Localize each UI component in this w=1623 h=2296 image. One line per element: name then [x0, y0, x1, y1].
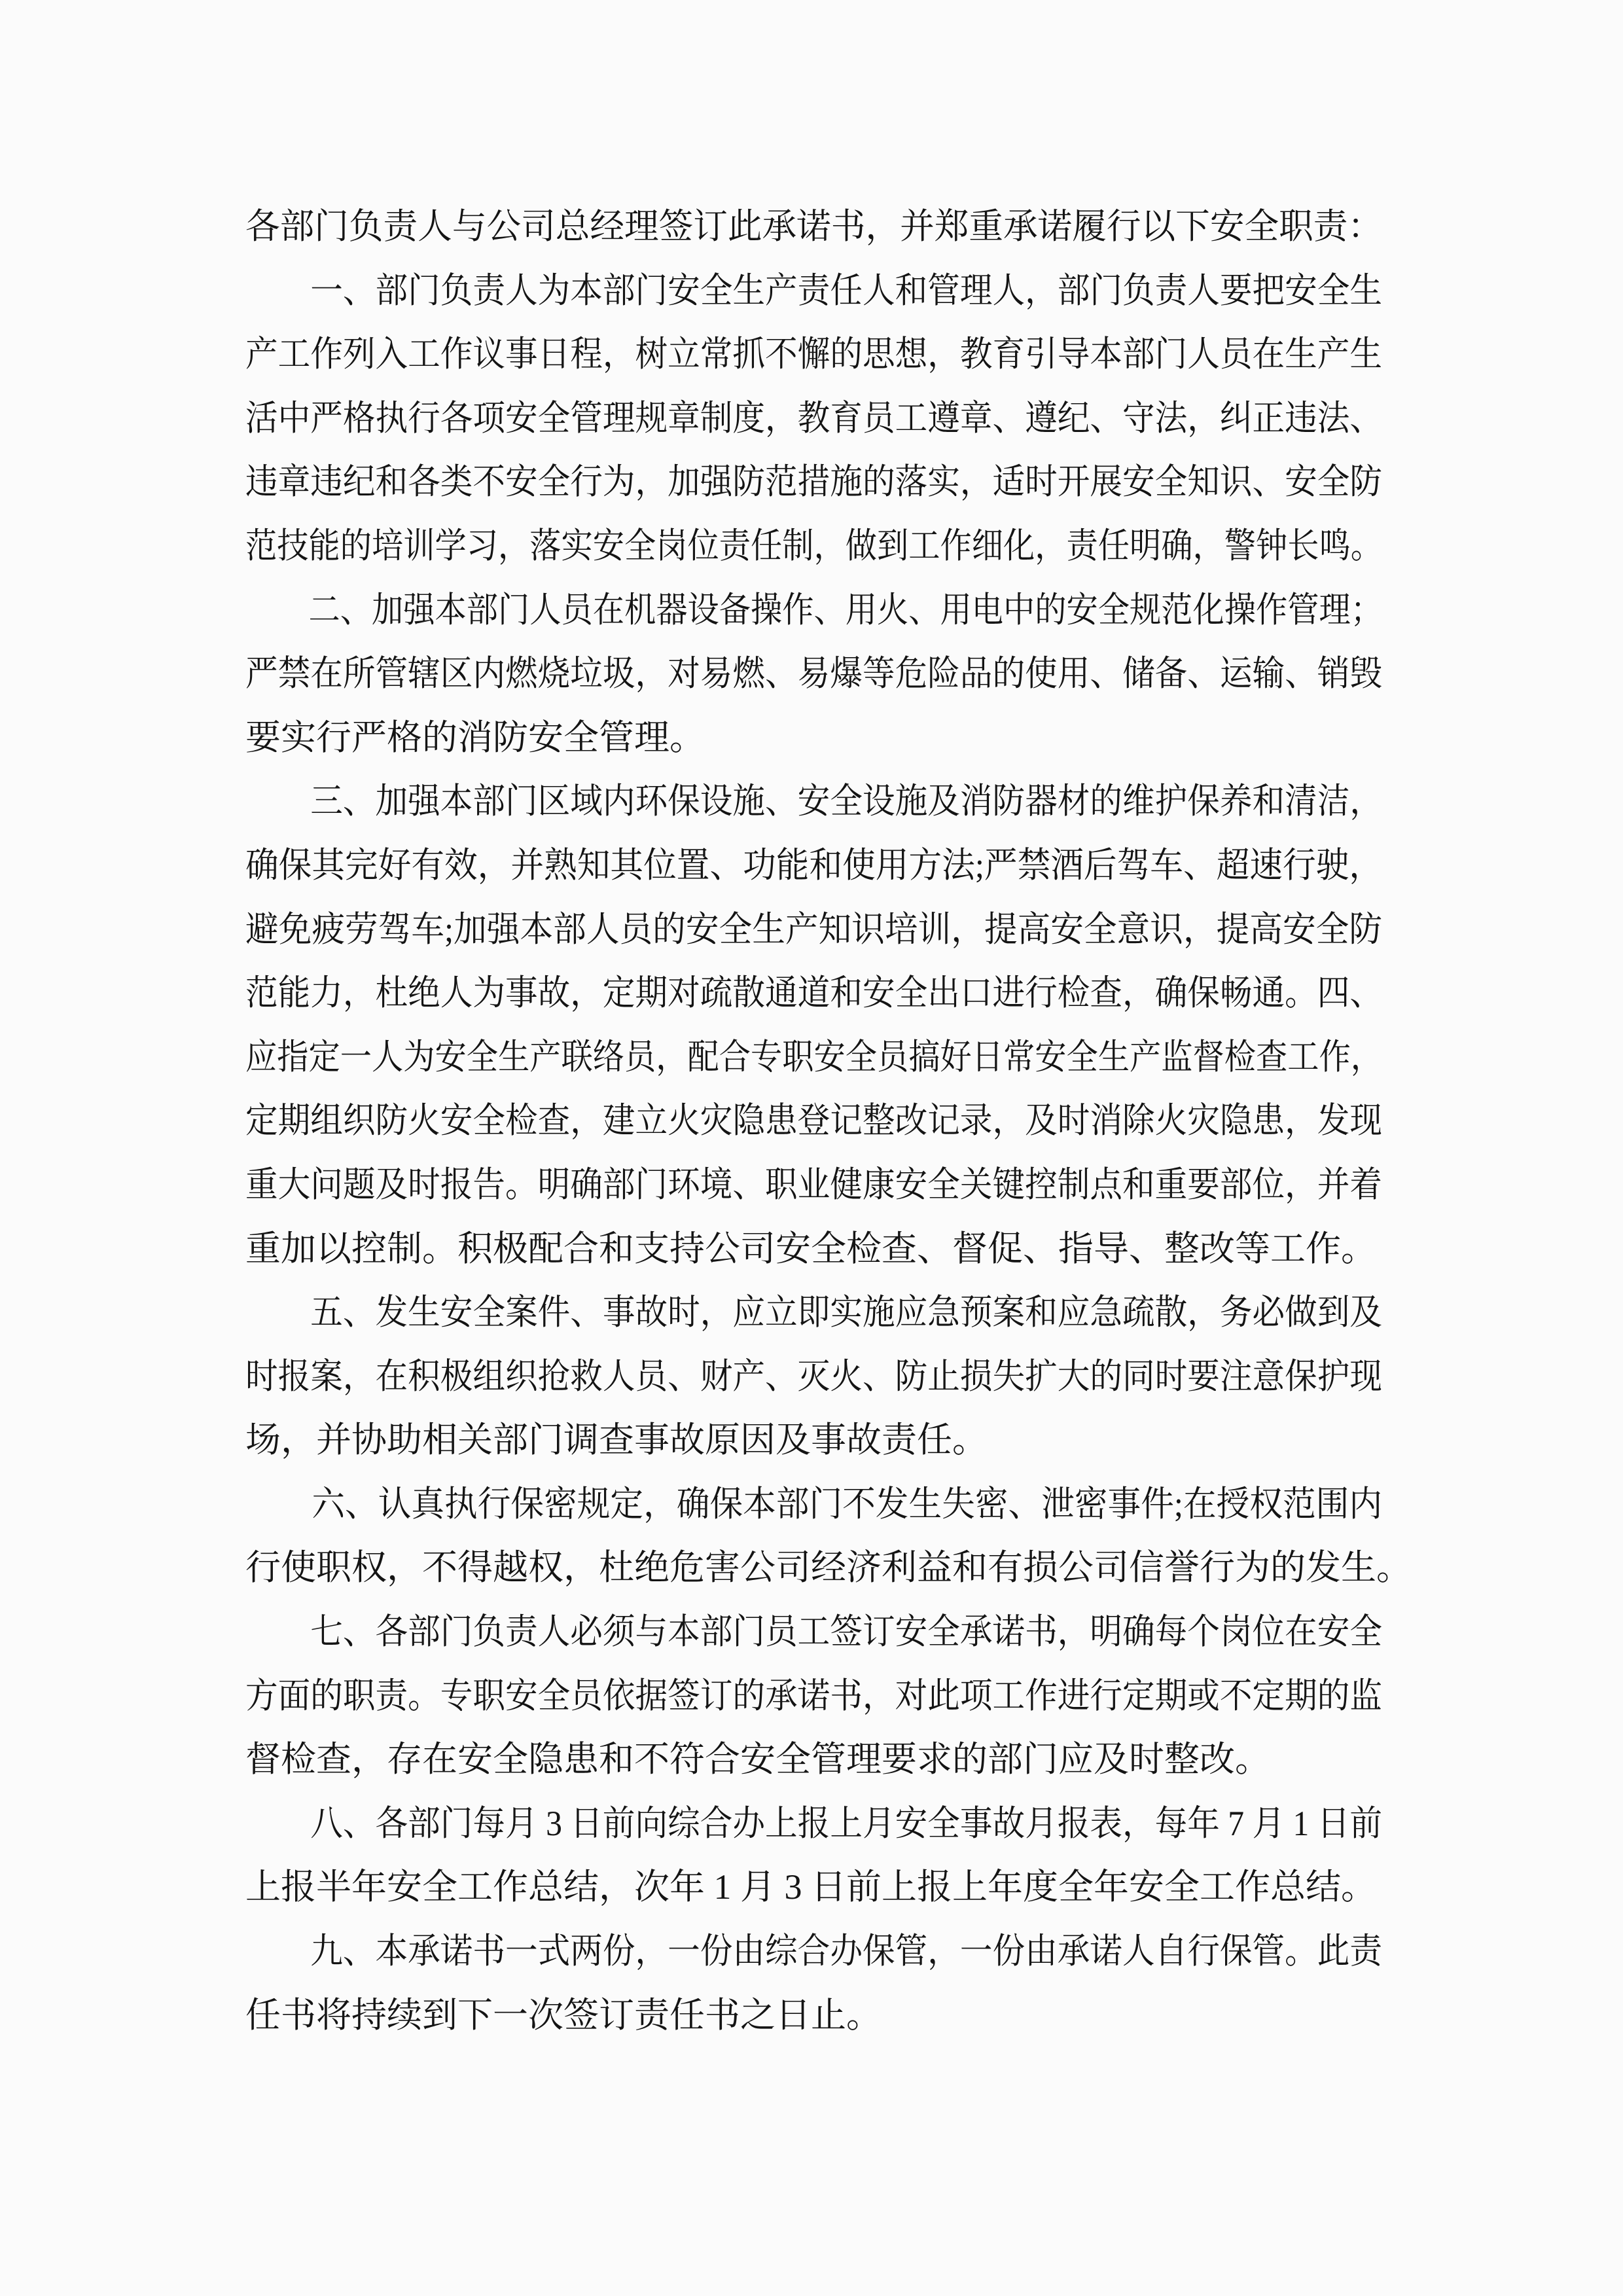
- text-line: 范能力，杜绝人为事故，定期对疏散通道和安全出口进行检查，确保畅通。四、: [245, 961, 1382, 1026]
- text-line-content: 五、发生安全案件、事故时，应立即实施应急预案和应急疏散，务必做到及: [245, 1281, 1382, 1345]
- text-line-content: 七、各部门负责人必须与本部门员工签订安全承诺书，明确每个岗位在安全: [245, 1600, 1382, 1664]
- text-line-content: 时报案，在积极组织抢救人员、财产、灭火、防止损失扩大的同时要注意保护现: [245, 1345, 1382, 1409]
- text-line-content: 范技能的培训学习，落实安全岗位责任制，做到工作细化，责任明确，警钟长鸣。: [245, 514, 1382, 579]
- text-line: 行使职权，不得越权，杜绝危害公司经济利益和有损公司信誉行为的发生。: [245, 1536, 1382, 1600]
- text-line-content: 重大问题及时报告。明确部门环境、职业健康安全关键控制点和重要部位，并着: [245, 1153, 1382, 1217]
- document-page: 各部门负责人与公司总经理签订此承诺书，并郑重承诺履行以下安全职责： 一、部门负责…: [0, 0, 1623, 2296]
- text-line: 一、部门负责人为本部门安全生产责任人和管理人，部门负责人要把安全生: [245, 259, 1382, 323]
- text-line: 任书将持续到下一次签订责任书之日止。: [245, 1984, 1382, 2048]
- text-line-content: 六、认真执行保密规定，确保本部门不发生失密、泄密事件;在授权范围内: [245, 1473, 1382, 1537]
- text-line: 产工作列入工作议事日程，树立常抓不懈的思想，教育引导本部门人员在生产生: [245, 323, 1382, 387]
- text-line-content: 严禁在所管辖区内燃烧垃圾，对易燃、易爆等危险品的使用、储备、运输、销毁: [245, 642, 1382, 706]
- text-line: 违章违纪和各类不安全行为，加强防范措施的落实，适时开展安全知识、安全防: [245, 450, 1382, 514]
- text-line-content: 避免疲劳驾车;加强本部人员的安全生产知识培训，提高安全意识，提高安全防: [245, 898, 1382, 962]
- text-line: 五、发生安全案件、事故时，应立即实施应急预案和应急疏散，务必做到及: [245, 1281, 1382, 1345]
- text-line-content: 二、加强本部门人员在机器设备操作、用火、用电中的安全规范化操作管理；: [245, 579, 1382, 643]
- text-line: 重大问题及时报告。明确部门环境、职业健康安全关键控制点和重要部位，并着: [245, 1153, 1382, 1217]
- text-line-content: 三、加强本部门区域内环保设施、安全设施及消防器材的维护保养和清洁，: [245, 770, 1382, 834]
- text-line: 七、各部门负责人必须与本部门员工签订安全承诺书，明确每个岗位在安全: [245, 1600, 1382, 1664]
- text-line: 重加以控制。积极配合和支持公司安全检查、督促、指导、整改等工作。: [245, 1217, 1382, 1282]
- text-line: 严禁在所管辖区内燃烧垃圾，对易燃、易爆等危险品的使用、储备、运输、销毁: [245, 642, 1382, 706]
- text-line: 要实行严格的消防安全管理。: [245, 706, 1382, 770]
- text-line: 二、加强本部门人员在机器设备操作、用火、用电中的安全规范化操作管理；: [245, 579, 1382, 643]
- text-line: 六、认真执行保密规定，确保本部门不发生失密、泄密事件;在授权范围内: [245, 1473, 1382, 1537]
- text-line-content: 任书将持续到下一次签订责任书之日止。: [245, 1984, 882, 2048]
- text-line-content: 九、本承诺书一式两份，一份由综合办保管，一份由承诺人自行保管。此责: [245, 1920, 1382, 1984]
- text-line-content: 违章违纪和各类不安全行为，加强防范措施的落实，适时开展安全知识、安全防: [245, 450, 1382, 514]
- text-line-content: 确保其完好有效，并熟知其位置、功能和使用方法;严禁酒后驾车、超速行驶，: [245, 834, 1382, 898]
- text-line-content: 重加以控制。积极配合和支持公司安全检查、督促、指导、整改等工作。: [245, 1217, 1376, 1282]
- text-line: 应指定一人为安全生产联络员，配合专职安全员搞好日常安全生产监督检查工作，: [245, 1026, 1382, 1090]
- text-line: 活中严格执行各项安全管理规章制度，教育员工遵章、遵纪、守法，纠正违法、: [245, 387, 1382, 451]
- text-line: 八、各部门每月 3 日前向综合办上报上月安全事故月报表，每年 7 月 1 日前: [245, 1792, 1382, 1856]
- text-line-content: 场，并协助相关部门调查事故原因及事故责任。: [245, 1408, 988, 1473]
- text-line-content: 一、部门负责人为本部门安全生产责任人和管理人，部门负责人要把安全生: [245, 259, 1382, 323]
- text-line-content: 应指定一人为安全生产联络员，配合专职安全员搞好日常安全生产监督检查工作，: [245, 1026, 1382, 1090]
- text-line: 场，并协助相关部门调查事故原因及事故责任。: [245, 1408, 1382, 1473]
- text-line-content: 行使职权，不得越权，杜绝危害公司经济利益和有损公司信誉行为的发生。: [245, 1536, 1412, 1600]
- text-line: 三、加强本部门区域内环保设施、安全设施及消防器材的维护保养和清洁，: [245, 770, 1382, 834]
- text-line: 上报半年安全工作总结，次年 1 月 3 日前上报上年度全年安全工作总结。: [245, 1856, 1382, 1920]
- text-line-content: 要实行严格的消防安全管理。: [245, 706, 705, 770]
- text-line-content: 活中严格执行各项安全管理规章制度，教育员工遵章、遵纪、守法，纠正违法、: [245, 387, 1382, 451]
- text-line-content: 督检查，存在安全隐患和不符合安全管理要求的部门应及时整改。: [245, 1728, 1270, 1792]
- text-line: 时报案，在积极组织抢救人员、财产、灭火、防止损失扩大的同时要注意保护现: [245, 1345, 1382, 1409]
- text-line: 方面的职责。专职安全员依据签订的承诺书，对此项工作进行定期或不定期的监: [245, 1664, 1382, 1729]
- text-line: 范技能的培训学习，落实安全岗位责任制，做到工作细化，责任明确，警钟长鸣。: [245, 514, 1382, 579]
- text-line-content: 上报半年安全工作总结，次年 1 月 3 日前上报上年度全年安全工作总结。: [245, 1856, 1376, 1920]
- text-line: 九、本承诺书一式两份，一份由综合办保管，一份由承诺人自行保管。此责: [245, 1920, 1382, 1984]
- text-line-content: 定期组织防火安全检查，建立火灾隐患登记整改记录，及时消除火灾隐患，发现: [245, 1089, 1382, 1153]
- text-line-content: 产工作列入工作议事日程，树立常抓不懈的思想，教育引导本部门人员在生产生: [245, 323, 1382, 387]
- text-line: 定期组织防火安全检查，建立火灾隐患登记整改记录，及时消除火灾隐患，发现: [245, 1089, 1382, 1153]
- text-line: 督检查，存在安全隐患和不符合安全管理要求的部门应及时整改。: [245, 1728, 1382, 1792]
- text-line-content: 八、各部门每月 3 日前向综合办上报上月安全事故月报表，每年 7 月 1 日前: [245, 1792, 1382, 1856]
- text-line: 确保其完好有效，并熟知其位置、功能和使用方法;严禁酒后驾车、超速行驶，: [245, 834, 1382, 898]
- text-line-content: 范能力，杜绝人为事故，定期对疏散通道和安全出口进行检查，确保畅通。四、: [245, 961, 1382, 1026]
- text-line-content: 各部门负责人与公司总经理签订此承诺书，并郑重承诺履行以下安全职责：: [245, 195, 1382, 259]
- text-line: 避免疲劳驾车;加强本部人员的安全生产知识培训，提高安全意识，提高安全防: [245, 898, 1382, 962]
- text-line: 各部门负责人与公司总经理签订此承诺书，并郑重承诺履行以下安全职责：: [245, 195, 1382, 259]
- document-text-block: 各部门负责人与公司总经理签订此承诺书，并郑重承诺履行以下安全职责： 一、部门负责…: [245, 195, 1382, 2047]
- text-line-content: 方面的职责。专职安全员依据签订的承诺书，对此项工作进行定期或不定期的监: [245, 1664, 1382, 1729]
